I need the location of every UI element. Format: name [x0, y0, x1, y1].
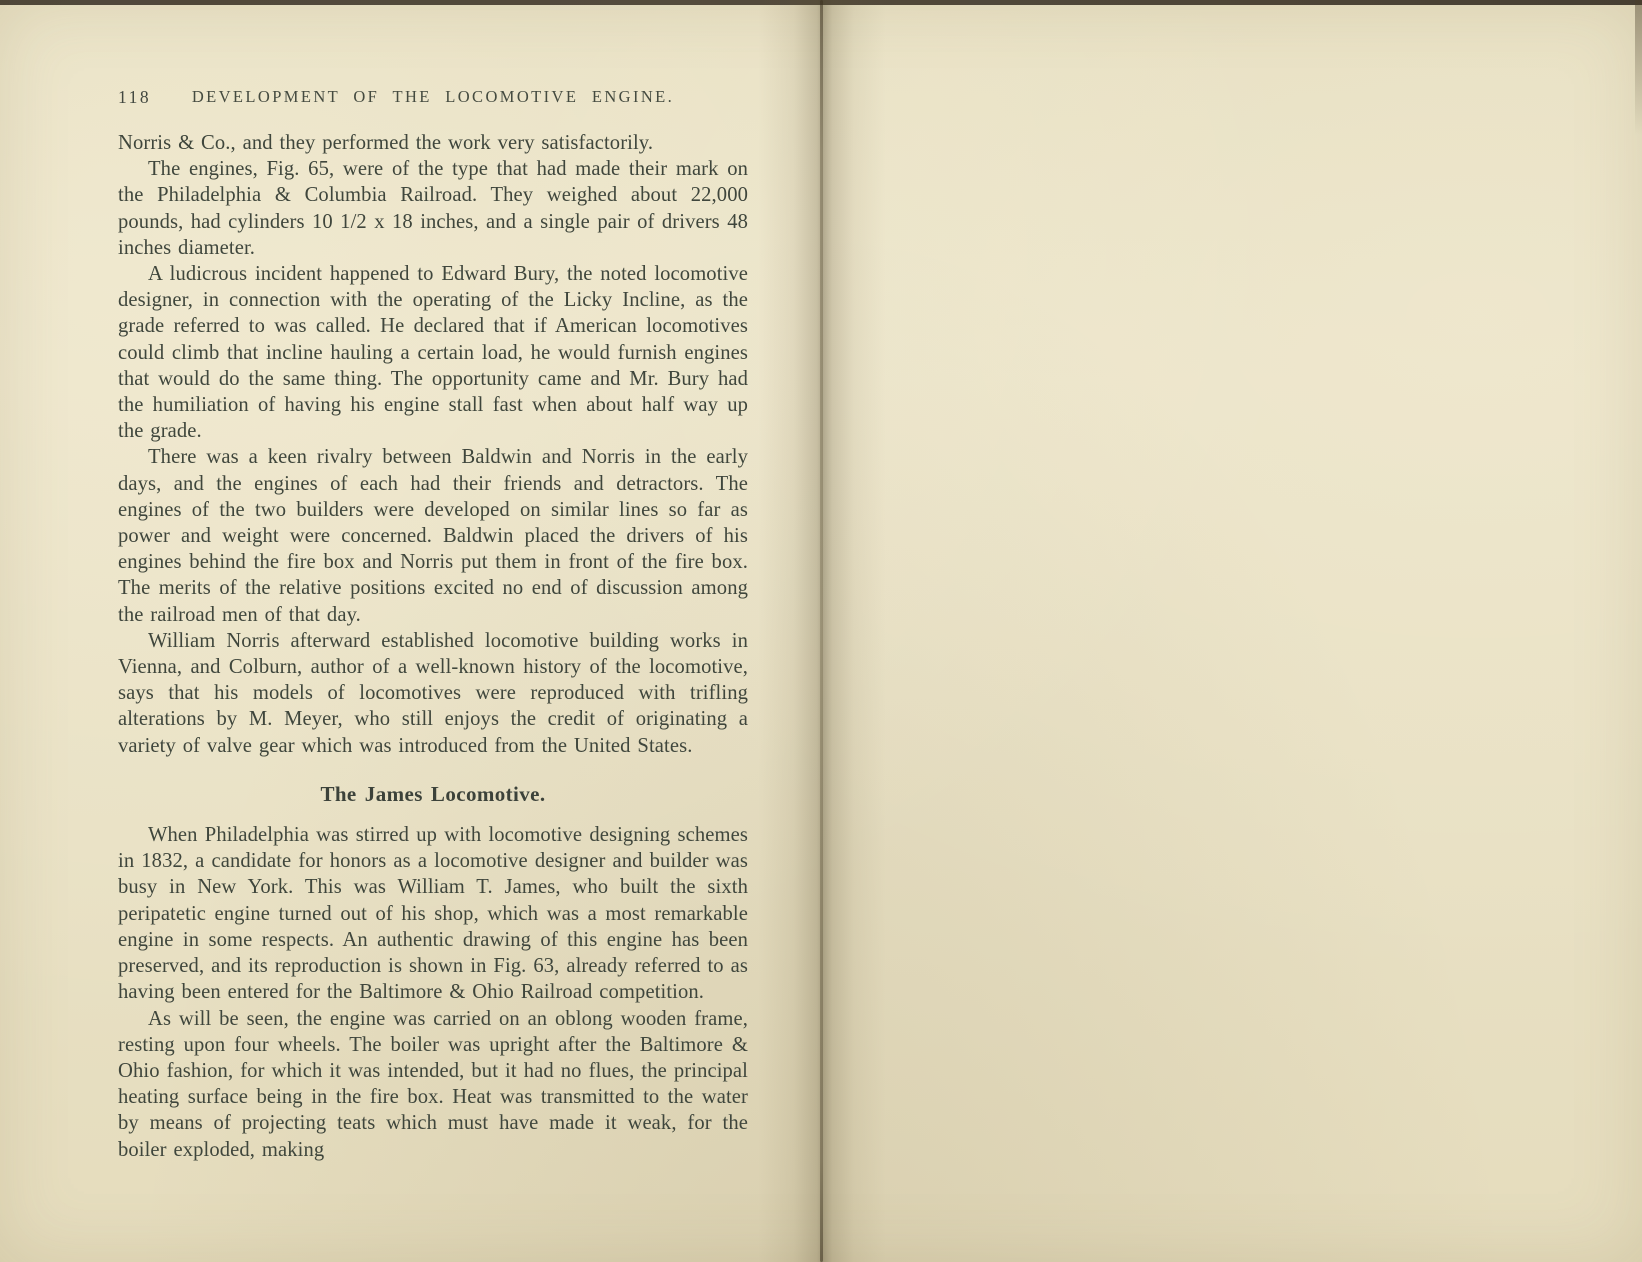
paragraph: As will be seen, the engine was carried … — [118, 1006, 748, 1163]
paragraph: The engines, Fig. 65, were of the type t… — [118, 156, 748, 261]
book-spread: 118 DEVELOPMENT OF THE LOCOMOTIVE ENGINE… — [0, 0, 1642, 1262]
paragraph: When Philadelphia was stirred up with lo… — [118, 822, 748, 1005]
paragraph: William Norris afterward established loc… — [118, 628, 748, 759]
page-header-left: 118 DEVELOPMENT OF THE LOCOMOTIVE ENGINE… — [118, 87, 748, 107]
paragraph: There was a keen rivalry between Baldwin… — [118, 444, 748, 627]
page-left: 118 DEVELOPMENT OF THE LOCOMOTIVE ENGINE… — [0, 0, 822, 1262]
running-head-left: DEVELOPMENT OF THE LOCOMOTIVE ENGINE. — [118, 87, 748, 107]
page-body-left: Norris & Co., and they performed the wor… — [118, 130, 748, 1163]
paragraph: Norris & Co., and they performed the wor… — [118, 130, 748, 156]
page-number-left: 118 — [118, 87, 151, 108]
page-right: 119 DEVELOPMENT OF THE LOCOMOTIVE ENGINE… — [822, 0, 1642, 1262]
paragraph: A ludicrous incident happened to Edward … — [118, 261, 748, 444]
section-heading-james-locomotive: The James Locomotive. — [118, 781, 748, 807]
